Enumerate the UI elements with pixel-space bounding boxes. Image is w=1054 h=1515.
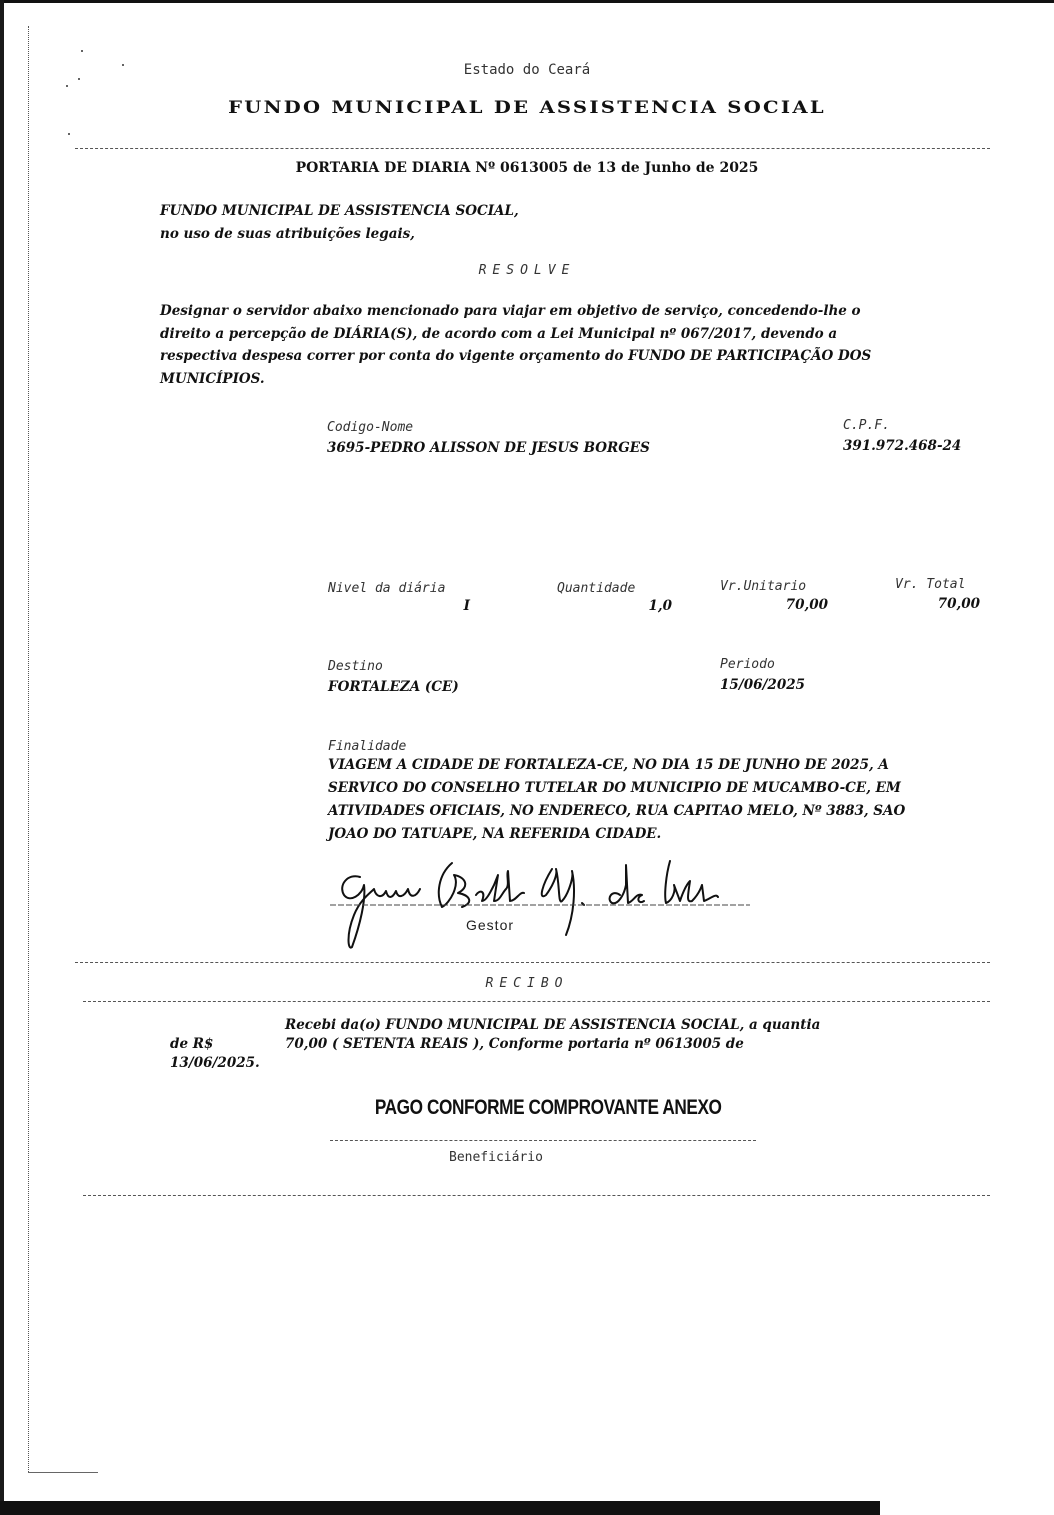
fund-title: FUNDO MUNICIPAL DE ASSISTENCIA SOCIAL — [0, 98, 1054, 118]
destination-value: FORTALEZA (CE) — [328, 679, 459, 695]
margin-line — [28, 26, 29, 1472]
scan-border-left — [0, 0, 4, 1515]
portaria-title: PORTARIA DE DIARIA Nº 0613005 de 13 de J… — [0, 160, 1054, 176]
intro-line-1: FUNDO MUNICIPAL DE ASSISTENCIA SOCIAL, — [160, 203, 519, 219]
total-value: 70,00 — [890, 596, 980, 612]
receipt-line-2: 70,00 ( SETENTA REAIS ), Conforme portar… — [285, 1036, 744, 1052]
divider — [75, 148, 990, 149]
divider — [75, 962, 990, 963]
resolve-label: RESOLVE — [0, 263, 1054, 278]
signer-role: Gestor — [466, 917, 514, 933]
unit-value: 70,00 — [740, 597, 828, 613]
scan-border-top — [0, 0, 1054, 3]
receipt-line-1: Recebi da(o) FUNDO MUNICIPAL DE ASSISTEN… — [285, 1017, 820, 1033]
scan-speck — [66, 85, 68, 87]
beneficiary-label: Beneficiário — [449, 1150, 543, 1165]
period-label: Periodo — [720, 657, 775, 672]
cpf-value: 391.972.468-24 — [843, 438, 961, 454]
state-name: Estado do Ceará — [0, 62, 1054, 78]
quantity-label: Quantidade — [557, 581, 635, 596]
purpose-line-4: JOAO DO TATUAPE, NA REFERIDA CIDADE. — [328, 826, 661, 842]
destination-label: Destino — [328, 659, 383, 674]
level-label: Nivel da diária — [328, 581, 445, 596]
margin-line-bottom — [28, 1472, 98, 1473]
divider — [83, 1195, 990, 1196]
purpose-line-1: VIAGEM A CIDADE DE FORTALEZA-CE, NO DIA … — [328, 757, 889, 773]
signature-scribble — [330, 855, 750, 955]
scan-speck — [68, 133, 70, 135]
unit-value-label: Vr.Unitario — [720, 579, 806, 594]
quantity-value: 1,0 — [600, 598, 672, 614]
divider — [83, 1001, 990, 1002]
beneficiary-signature-line — [330, 1140, 756, 1141]
server-code-name: 3695-PEDRO ALISSON DE JESUS BORGES — [327, 440, 650, 456]
receipt-currency: de R$ — [170, 1036, 213, 1052]
code-name-label: Codigo-Nome — [327, 420, 413, 435]
cpf-label: C.P.F. — [843, 418, 890, 433]
period-value: 15/06/2025 — [720, 677, 805, 693]
scan-speck — [78, 78, 80, 80]
resolution-text: Designar o servidor abaixo mencionado pa… — [160, 300, 880, 390]
receipt-line-3: 13/06/2025. — [170, 1055, 260, 1071]
scan-speck — [81, 50, 83, 52]
scan-border-bottom — [0, 1501, 880, 1515]
payment-stamp: PAGO CONFORME COMPROVANTE ANEXO — [97, 1096, 999, 1120]
receipt-title: RECIBO — [0, 976, 1054, 991]
purpose-label: Finalidade — [328, 739, 406, 754]
purpose-line-3: ATIVIDADES OFICIAIS, NO ENDERECO, RUA CA… — [328, 803, 905, 819]
total-value-label: Vr. Total — [895, 577, 965, 592]
level-value: I — [420, 598, 470, 614]
purpose-line-2: SERVICO DO CONSELHO TUTELAR DO MUNICIPIO… — [328, 780, 901, 796]
intro-line-2: no uso de suas atribuições legais, — [160, 226, 415, 242]
